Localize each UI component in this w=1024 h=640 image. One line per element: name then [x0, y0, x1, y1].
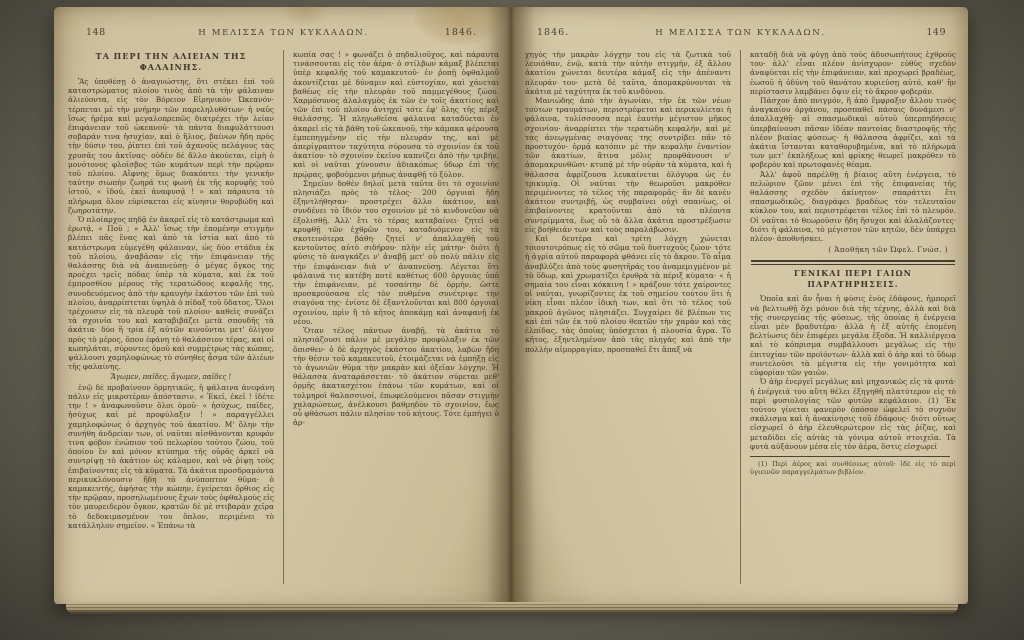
- right-page-header: 1846. Η ΜΕΛΙΣΣΑ ΤΩΝ ΚΥΚΛΑΔΩΝ. 149: [525, 27, 956, 41]
- paragraph: Ὁ ἀὴρ ἐνεργεῖ μεγάλως καὶ μηχανικῶς εἰς …: [750, 377, 956, 451]
- page-edges: [66, 602, 958, 614]
- paragraph: Πάσχον ἀπὸ πνιγμόν, ἢ ἀπὸ ἔμφραξιν ἄλλου…: [750, 96, 956, 170]
- left-page-header: 148 Η ΜΕΛΙΣΣΑ ΤΩΝ ΚΥΚΛΑΔΩΝ. 1846.: [68, 27, 499, 41]
- left-page-column-2: κωπία σας ! » φωνάζει ὁ πηδαλιοῦχος, καὶ…: [283, 50, 499, 584]
- verse-line: Ἄγωμεν, παῖδες, ἄγωμεν, παῖδες !: [68, 373, 274, 382]
- running-title: Η ΜΕΛΙΣΣΑ ΤΩΝ ΚΥΚΛΑΔΩΝ.: [655, 28, 825, 38]
- footnote: (1) Περὶ ἀέρος καὶ συνθέσεως αὐτοῦ· ἰδὲ …: [750, 460, 956, 476]
- paragraph-continuation: καταδῇ διὰ νὰ φύγῃ ἀπὸ τοὺς ἀδυσωπήτους …: [750, 50, 956, 96]
- right-page: 1846. Η ΜΕΛΙΣΣΑ ΤΩΝ ΚΥΚΛΑΔΩΝ. 149 χηγὸς …: [511, 7, 968, 604]
- open-book: 148 Η ΜΕΛΙΣΣΑ ΤΩΝ ΚΥΚΛΑΔΩΝ. 1846. ΤΑ ΠΕΡ…: [54, 7, 968, 604]
- right-page-column-1: χηγὸς τὴν μακρὰν λόγχην του εἰς τὰ ζωτικ…: [525, 50, 731, 584]
- section-heading: ΤΑ ΠΕΡΙ ΤΗΝ ΑΛΙΕΙΑΝ ΤΗΣ ΦΑΛΑΙΝΗΣ.: [68, 51, 274, 73]
- paragraph: Ὁ πλοίαρχος πηδᾷ ἐν ἀκαρεῖ εἰς τὸ κατάστ…: [68, 215, 274, 371]
- section-divider-rule: [751, 260, 955, 265]
- section-heading: ΓΕΝΙΚΑΙ ΠΕΡΙ ΓΑΙΩΝ ΠΑΡΑΤΗΡΗΣΕΙΣ.: [750, 268, 956, 290]
- left-page: 148 Η ΜΕΛΙΣΣΑ ΤΩΝ ΚΥΚΛΑΔΩΝ. 1846. ΤΑ ΠΕΡ…: [54, 7, 511, 604]
- paragraph: Ἀλλ' ἀφοῦ παρέλθῃ ἡ βίαιος αὕτη ἐνέργεια…: [750, 170, 956, 244]
- book-scan: 148 Η ΜΕΛΙΣΣΑ ΤΩΝ ΚΥΚΛΑΔΩΝ. 1846. ΤΑ ΠΕΡ…: [0, 0, 1024, 640]
- paragraph: Σημεῖον δοθὲν δηλοῖ μετὰ ταῦτα ὅτι τὸ σχ…: [293, 179, 499, 326]
- paragraph: ἐνῷ δὲ προβαίνουν ὁρμητικῶς, ἡ φάλαινα ἀ…: [68, 383, 274, 530]
- running-title: Η ΜΕΛΙΣΣΑ ΤΩΝ ΚΥΚΛΑΔΩΝ.: [198, 28, 368, 38]
- year-label: 1846.: [445, 27, 499, 38]
- footnote-rule: [750, 456, 950, 457]
- right-page-column-2: καταδῇ διὰ νὰ φύγῃ ἀπὸ τοὺς ἀδυσωπήτους …: [740, 50, 956, 584]
- paragraph: Ἂς ὑποθέσῃ ὁ ἀναγνώστης, ὅτι στέκει ἐπὶ …: [68, 77, 274, 215]
- right-page-columns: χηγὸς τὴν μακρὰν λόγχην του εἰς τὰ ζωτικ…: [525, 50, 956, 584]
- paragraph-continuation: χηγὸς τὴν μακρὰν λόγχην του εἰς τὰ ζωτικ…: [525, 50, 731, 96]
- left-page-content: 148 Η ΜΕΛΙΣΣΑ ΤΩΝ ΚΥΚΛΑΔΩΝ. 1846. ΤΑ ΠΕΡ…: [54, 7, 511, 584]
- paragraph: Καὶ δευτέρα καὶ τρίτη λόγχη χώνεται τοιο…: [525, 234, 731, 354]
- attribution-line: ( Ἀποθήκη τῶν Ὠφελ. Γνώσ. ): [750, 245, 956, 254]
- page-number: 148: [68, 27, 106, 38]
- paragraph: Ὅταν τέλος πάντων ἀναβῇ, τὰ ἀκάτια τὸ πλ…: [293, 326, 499, 427]
- paragraph: Ὁποῖα καὶ ἂν ἦναι ἡ φύσις ἑνὸς ἐδάφους, …: [750, 294, 956, 377]
- year-label: 1846.: [525, 27, 569, 38]
- right-page-content: 1846. Η ΜΕΛΙΣΣΑ ΤΩΝ ΚΥΚΛΑΔΩΝ. 149 χηγὸς …: [511, 7, 968, 584]
- page-number: 149: [926, 27, 956, 38]
- paragraph-continuation: κωπία σας ! » φωνάζει ὁ πηδαλιοῦχος, καὶ…: [293, 50, 499, 179]
- left-page-columns: ΤΑ ΠΕΡΙ ΤΗΝ ΑΛΙΕΙΑΝ ΤΗΣ ΦΑΛΑΙΝΗΣ.Ἂς ὑποθ…: [68, 50, 499, 584]
- paragraph: Μανιώδης ἀπὸ τὴν ἀγωνίαν, τὴν ἐκ τῶν νέω…: [525, 96, 731, 234]
- left-page-column-1: ΤΑ ΠΕΡΙ ΤΗΝ ΑΛΙΕΙΑΝ ΤΗΣ ΦΑΛΑΙΝΗΣ.Ἂς ὑποθ…: [68, 50, 274, 584]
